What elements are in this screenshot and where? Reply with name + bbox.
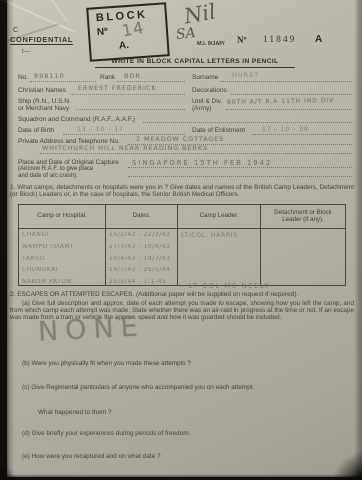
serial-no-label: Nº [237, 37, 246, 44]
field-decorations-label: Decorations [192, 87, 227, 94]
table-cell-camp: CHUNGKAI [19, 266, 105, 278]
scanned-document: C CONFIDENTIAL t— BLOCK Nº 14 A. Nil SA … [0, 0, 362, 480]
table-cell-leader [178, 255, 260, 267]
block-stamp: BLOCK Nº 14 A. [86, 2, 170, 61]
table-cell-camp: WAMPO (SIAM) [19, 243, 105, 255]
table-cell-block-leader [261, 231, 345, 243]
field-address-value2: WHITCHURCH HILL NEAR READING BERKS [42, 145, 208, 152]
block-stamp-no-label: Nº [97, 26, 109, 38]
block-stamp-series: A. [119, 40, 130, 52]
field-no-value: 898110 [34, 72, 65, 80]
block-stamp-no-value: 14 [120, 18, 145, 41]
table-header-dates: Dates. [106, 205, 178, 229]
table-cell-camp: NAKOM PATON [19, 278, 105, 290]
section-2-item-e: (e) How were you recaptured and on what … [22, 453, 352, 460]
camps-table: Camp or Hospital. Dates. Camp Leader. De… [18, 204, 346, 286]
table-cell-dates: 10/4/43 - 19/7/43 [106, 255, 177, 267]
field-unit-label: Unit & Div. [192, 98, 222, 105]
classification-letter: C [13, 27, 18, 34]
handwritten-initials: SA [175, 25, 196, 43]
serial-number: 11849 [263, 37, 296, 44]
table-column-block-leader [261, 229, 345, 285]
field-enlistment-value: 17 - 10 - 39 [262, 126, 309, 133]
field-dob-value: 13 - 10 - 17 [77, 126, 124, 133]
instruction-banner: WRITE IN BLOCK CAPITAL LETTERS IN PENCIL [95, 58, 295, 68]
field-capture-label: Place and Date of Original Capture [18, 159, 119, 166]
field-rank-label: Rank [100, 74, 115, 81]
question-1-text: 1. What camps, detachments or hospitals … [10, 184, 354, 198]
section-2-title: 2. ESCAPES OR ATTEMPTED ESCAPES. (Additi… [10, 291, 354, 298]
table-column-camp: CHANGI WAMPO (SIAM) TARSO CHUNGKAI NAKOM… [19, 229, 106, 285]
field-christian-names-label: Christian Names [18, 87, 66, 94]
confidential-tick: t— [22, 48, 30, 55]
table-cell-dates: 19/7/43 - 25/5/44 [106, 266, 177, 278]
confidential-marking: CONFIDENTIAL [10, 36, 73, 45]
field-address-label: Private Address and Telephone No. [18, 138, 120, 145]
field-unit-label2: (Army) [192, 105, 212, 112]
table-header-leader: Camp Leader. [178, 205, 261, 229]
section-2-item-b: (b) Were you physically fit when you mad… [22, 360, 352, 367]
section-2-item-d: (d) Give briefly your experiences during… [22, 430, 352, 437]
field-surname-label: Surname [192, 74, 218, 81]
field-rank-value: BDR. [124, 72, 144, 80]
field-squadron-label: Squadron and Command (R.A.F., A.A.F.) [18, 116, 135, 123]
field-ship-label2: or Merchant Navy [18, 105, 69, 112]
field-dob-label: Date of Birth [18, 127, 54, 134]
form-reference: M.I. 9/JAP/ [197, 41, 225, 48]
field-capture-label2: (Aircrew R.A.F. to give place [18, 166, 93, 173]
table-cell-leader [178, 266, 260, 278]
table-cell-leader: LT/COL. HARRIS [178, 231, 260, 243]
field-christian-names-value: ERNEST FREDERICK [78, 85, 156, 92]
answer-none-handwritten: NONE [37, 311, 145, 348]
table-cell-dates: 25/5/44 - 1-1-45 [106, 278, 177, 290]
table-header-camp: Camp or Hospital. [19, 205, 106, 229]
field-capture-label3: and date of a/c crash). [18, 173, 78, 180]
field-enlistment-label: Date of Enlistment [192, 127, 245, 134]
field-ship-label: Ship (R.N., U.S.N. [18, 98, 71, 105]
section-2-item-c2: What happened to them ? [38, 409, 238, 416]
field-surname-value: HURST [232, 71, 259, 79]
table-header-block-leader: Detachment or Block Leader (if any). [261, 205, 345, 229]
table-cell-camp: TARSO [19, 255, 105, 267]
field-address-value: 2 MEADOW COTTAGES [136, 136, 224, 143]
table-column-dates: 15/2/42 - 22/3/43 27/3/43 - 10/4/43 10/4… [106, 229, 178, 285]
series-letter: A [315, 36, 322, 43]
table-cell-camp: CHANGI [19, 231, 105, 243]
field-capture-value: SINGAPORE 15TH FEB 1942 [132, 159, 272, 167]
table-cell-dates: 15/2/42 - 22/3/43 [106, 231, 177, 243]
table-cell-leader [178, 243, 260, 255]
field-no-label: No. [18, 74, 28, 81]
table-column-leader: LT/COL. HARRIS - LT COL MC NEELY [178, 229, 261, 285]
table-cell-dates: 27/3/43 - 10/4/43 [106, 243, 177, 255]
section-2-item-c: (c) Give Regimental particulars of anyon… [22, 384, 352, 391]
